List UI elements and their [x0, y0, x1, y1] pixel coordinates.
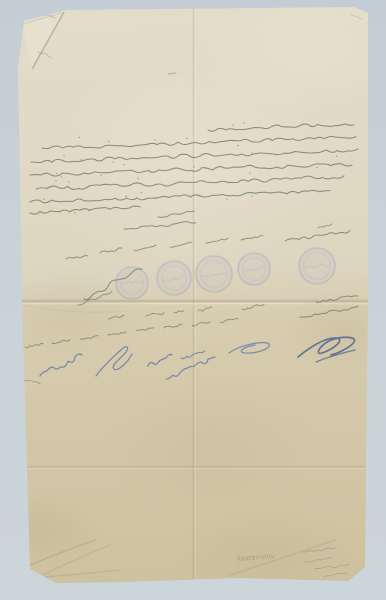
seal-annotation — [134, 245, 156, 251]
paper-crease — [30, 540, 95, 565]
ink-dot — [316, 167, 317, 168]
document-paper: Kastamonu — [16, 5, 370, 587]
signature — [316, 350, 355, 362]
lower-annotation-right — [316, 296, 358, 302]
witness-mark — [192, 322, 210, 326]
seal-annotation — [241, 235, 263, 240]
ink-dot — [75, 212, 76, 213]
paper-crease — [28, 570, 120, 578]
ink-seal — [196, 256, 232, 292]
photograph-background: Kastamonu — [0, 0, 386, 600]
ink-seal — [116, 267, 148, 299]
ink-dot — [237, 145, 238, 146]
signature — [181, 351, 205, 359]
signature — [298, 337, 354, 357]
date-line — [124, 222, 196, 229]
minor-creases — [22, 305, 335, 580]
signature — [166, 357, 215, 379]
pencil-note-line — [304, 558, 332, 562]
handwriting-line — [42, 136, 356, 148]
small-ink-dash — [168, 73, 176, 74]
seal-annotation — [206, 238, 228, 243]
ink-dot — [43, 198, 44, 199]
ink-seal — [238, 253, 270, 285]
seal-annotation-right — [285, 230, 350, 241]
corner-flap-face — [22, 12, 64, 69]
ink-dot — [113, 161, 114, 162]
ink-dot — [232, 125, 233, 126]
signature — [40, 354, 82, 376]
lower-annotations — [22, 296, 358, 384]
handwriting-line — [30, 206, 140, 214]
seal-annotation — [100, 248, 122, 253]
margin-pencil-mark — [350, 14, 362, 19]
lower-annotation — [242, 305, 264, 310]
lower-annotation — [174, 311, 184, 314]
handwriting-line — [30, 190, 330, 202]
witness-mark — [220, 319, 238, 323]
seal-annotation — [170, 242, 192, 247]
ink-dot — [226, 198, 227, 199]
seal-outer-ring — [299, 248, 335, 284]
seal-outer-ring — [196, 256, 232, 292]
ink-dot — [138, 178, 139, 179]
ink-dot — [88, 210, 89, 211]
ink-dot — [141, 192, 142, 193]
ink-dot — [249, 173, 250, 174]
witness-mark — [80, 336, 98, 340]
witness-mark — [108, 332, 126, 335]
handwriting-line — [30, 164, 352, 176]
lower-annotation — [146, 312, 164, 316]
ink-dot — [79, 137, 80, 138]
handwriting-line — [208, 124, 354, 131]
witness-mark — [136, 328, 154, 331]
ink-dot — [81, 159, 82, 160]
pencil-annotations: Kastamonu — [38, 14, 362, 577]
seal-annotation-right — [318, 224, 332, 228]
handwriting-line — [36, 176, 344, 190]
witness-mark — [25, 343, 43, 347]
paper-crease — [22, 305, 126, 312]
signatures — [40, 337, 355, 379]
lower-annotation — [198, 307, 212, 311]
seal-row — [116, 248, 335, 299]
ink-dot — [126, 196, 127, 197]
signature — [96, 347, 132, 376]
handwriting-line — [31, 149, 358, 163]
lower-annotation-right — [300, 306, 358, 317]
ink-dot — [336, 156, 337, 157]
date-line — [158, 211, 194, 217]
date-notation — [124, 211, 196, 229]
ink-dot — [101, 175, 102, 176]
ink-dot — [186, 138, 187, 139]
pencil-note-line — [314, 564, 349, 569]
ink-dot — [68, 181, 69, 182]
ink-dot — [123, 164, 124, 165]
ink-layer: Kastamonu — [16, 5, 370, 587]
ink-dot — [56, 173, 57, 174]
main-text-block — [30, 73, 358, 214]
ink-seal — [299, 248, 335, 284]
witness-mark — [164, 324, 182, 328]
lower-annotation — [108, 315, 124, 319]
ink-dot — [243, 122, 244, 123]
signature — [148, 354, 172, 366]
ink-dot — [55, 180, 56, 181]
ink-dot — [61, 176, 62, 177]
witness-mark — [52, 340, 70, 344]
ink-dot — [155, 139, 156, 140]
ink-dot — [63, 155, 64, 156]
ink-dot — [252, 195, 253, 196]
ink-seal — [157, 261, 191, 295]
pencil-note-word: Kastamonu — [236, 552, 275, 563]
ink-dot — [193, 166, 194, 167]
seal-annotation — [66, 256, 88, 259]
ink-dot — [108, 141, 109, 142]
lower-annotation — [22, 379, 40, 384]
corner-fold-flap — [22, 12, 64, 69]
signature — [229, 343, 269, 354]
ink-dot — [251, 152, 252, 153]
pencil-note-line — [324, 573, 347, 577]
